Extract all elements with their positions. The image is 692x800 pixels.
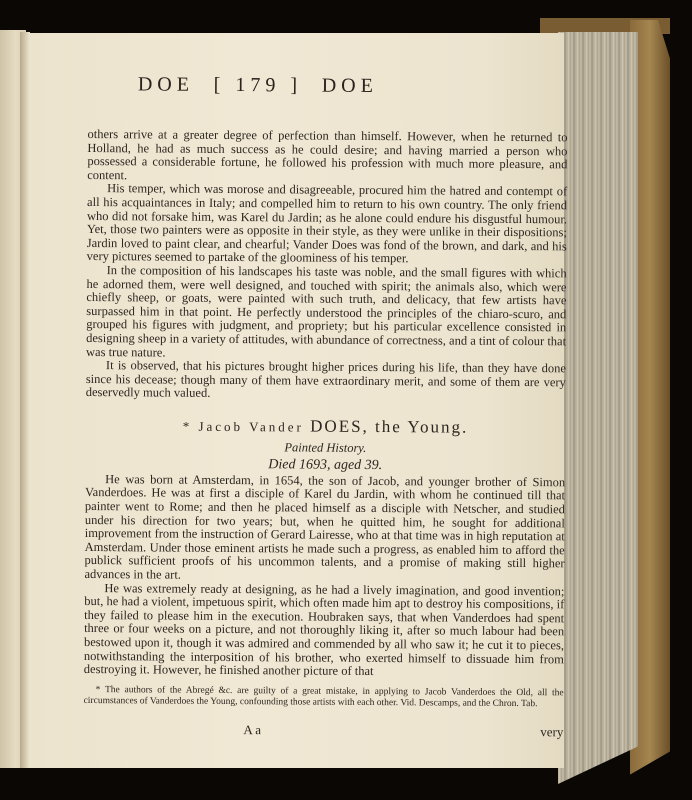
paragraph: others arrive at a greater degree of per… (87, 128, 567, 186)
running-head-left: DOE (138, 70, 195, 128)
book-gutter (20, 32, 30, 768)
running-header: DOE [ 179 ] DOE (138, 70, 378, 130)
signature-mark: A a (243, 723, 261, 737)
page-block-edges (558, 32, 638, 784)
paragraph: In the composition of his landscapes his… (86, 264, 567, 363)
page-content: DOE [ 179 ] DOE others arrive at a great… (83, 70, 568, 744)
entry-title-name: DOES, (310, 416, 369, 435)
entry-title: * Jacob Vander DOES, the Young. (85, 414, 565, 440)
paragraph: He was born at Amsterdam, in 1654, the s… (84, 473, 565, 585)
paragraph: He was extremely ready at designing, as … (84, 582, 565, 681)
entry-title-suffix: the Young. (375, 417, 468, 437)
paragraph: It is observed, that his pictures brough… (86, 359, 566, 403)
paragraph: His temper, which was morose and disagre… (87, 182, 568, 267)
footnote: * The authors of the Abregé &c. are guil… (84, 685, 564, 710)
running-head-right: DOE (321, 72, 378, 130)
catchword: very (540, 725, 563, 739)
page-footer: A a very (83, 716, 563, 743)
entry-title-prefix: * Jacob Vander (183, 419, 304, 435)
page-number: [ 179 ] (213, 71, 302, 130)
